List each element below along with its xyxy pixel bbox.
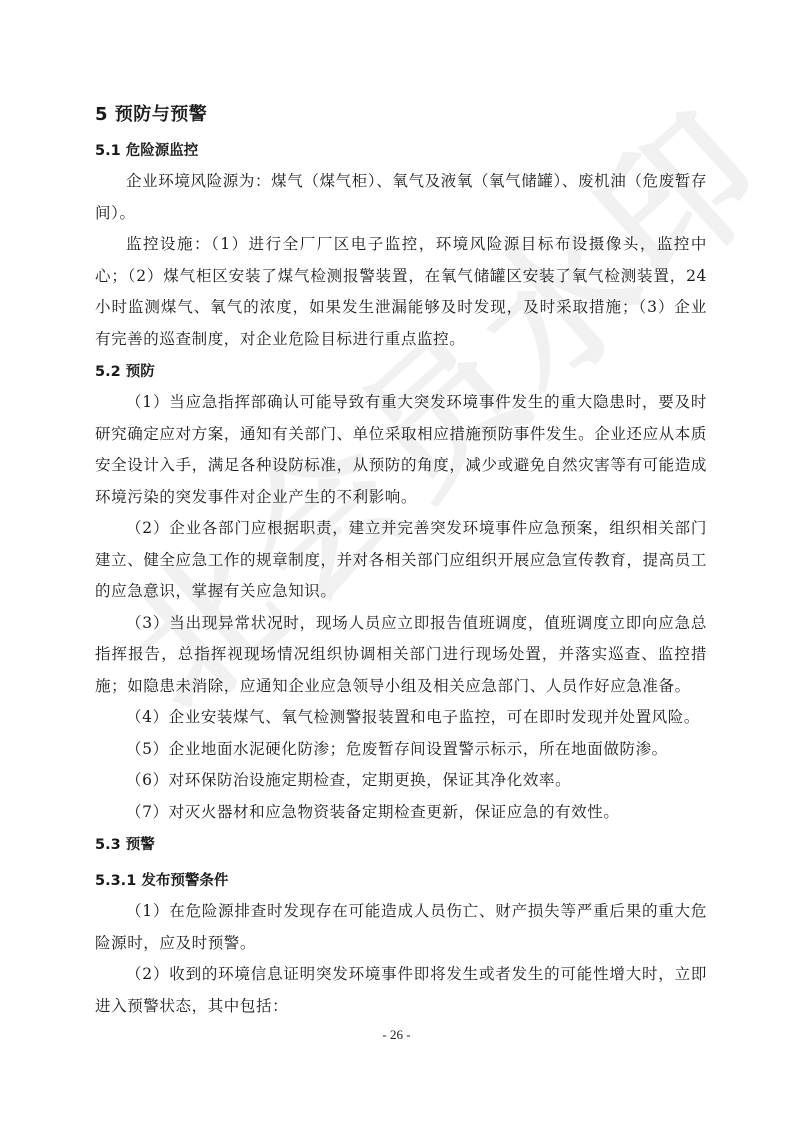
subsection-heading: 5.3.1 发布预警条件 (95, 868, 707, 894)
paragraph: （6）对环保防治设施定期检查，定期更换，保证其净化效率。 (95, 765, 707, 797)
paragraph: 企业环境风险源为：煤气（煤气柜）、氧气及液氧（氧气储罐）、废机油（危废暂存间）。 (95, 166, 707, 229)
document-page: 北会员水印 5 预防与预警 5.1 危险源监控 企业环境风险源为：煤气（煤气柜）… (0, 0, 793, 1122)
paragraph: （3）当出现异常状况时，现场人员应立即报告值班调度，值班调度立即向应急总指挥报告… (95, 608, 707, 703)
section-heading: 5.1 危险源监控 (95, 138, 707, 164)
paragraph: （1）当应急指挥部确认可能导致有重大突发环境事件发生的重大隐患时，要及时研究确定… (95, 387, 707, 513)
paragraph: （7）对灭火器材和应急物资装备定期检查更新，保证应急的有效性。 (95, 797, 707, 829)
chapter-title: 5 预防与预警 (95, 100, 707, 130)
section-heading: 5.2 预防 (95, 359, 707, 385)
paragraph: （4）企业安装煤气、氧气检测警报装置和电子监控，可在即时发现并处置风险。 (95, 702, 707, 734)
paragraph: （5）企业地面水泥硬化防渗；危废暂存间设置警示标示，所在地面做防渗。 (95, 734, 707, 766)
page-content: 5 预防与预警 5.1 危险源监控 企业环境风险源为：煤气（煤气柜）、氧气及液氧… (95, 100, 707, 1022)
paragraph: 监控设施：（1）进行全厂厂区电子监控，环境风险源目标布设摄像头，监控中心；（2）… (95, 229, 707, 355)
paragraph: （2）企业各部门应根据职责，建立并完善突发环境事件应急预案，组织相关部门建立、健… (95, 513, 707, 608)
section-5-3: 5.3 预警 5.3.1 发布预警条件 （1）在危险源排查时发现存在可能造成人员… (95, 832, 707, 1022)
section-5-2: 5.2 预防 （1）当应急指挥部确认可能导致有重大突发环境事件发生的重大隐患时，… (95, 359, 707, 828)
paragraph: （1）在危险源排查时发现存在可能造成人员伤亡、财产损失等严重后果的重大危险源时，… (95, 896, 707, 959)
section-heading: 5.3 预警 (95, 832, 707, 858)
section-5-1: 5.1 危险源监控 企业环境风险源为：煤气（煤气柜）、氧气及液氧（氧气储罐）、废… (95, 138, 707, 355)
paragraph: （2）收到的环境信息证明突发环境事件即将发生或者发生的可能性增大时，立即进入预警… (95, 959, 707, 1022)
page-number: - 26 - (0, 1027, 793, 1043)
subsection-5-3-1: 5.3.1 发布预警条件 （1）在危险源排查时发现存在可能造成人员伤亡、财产损失… (95, 868, 707, 1022)
